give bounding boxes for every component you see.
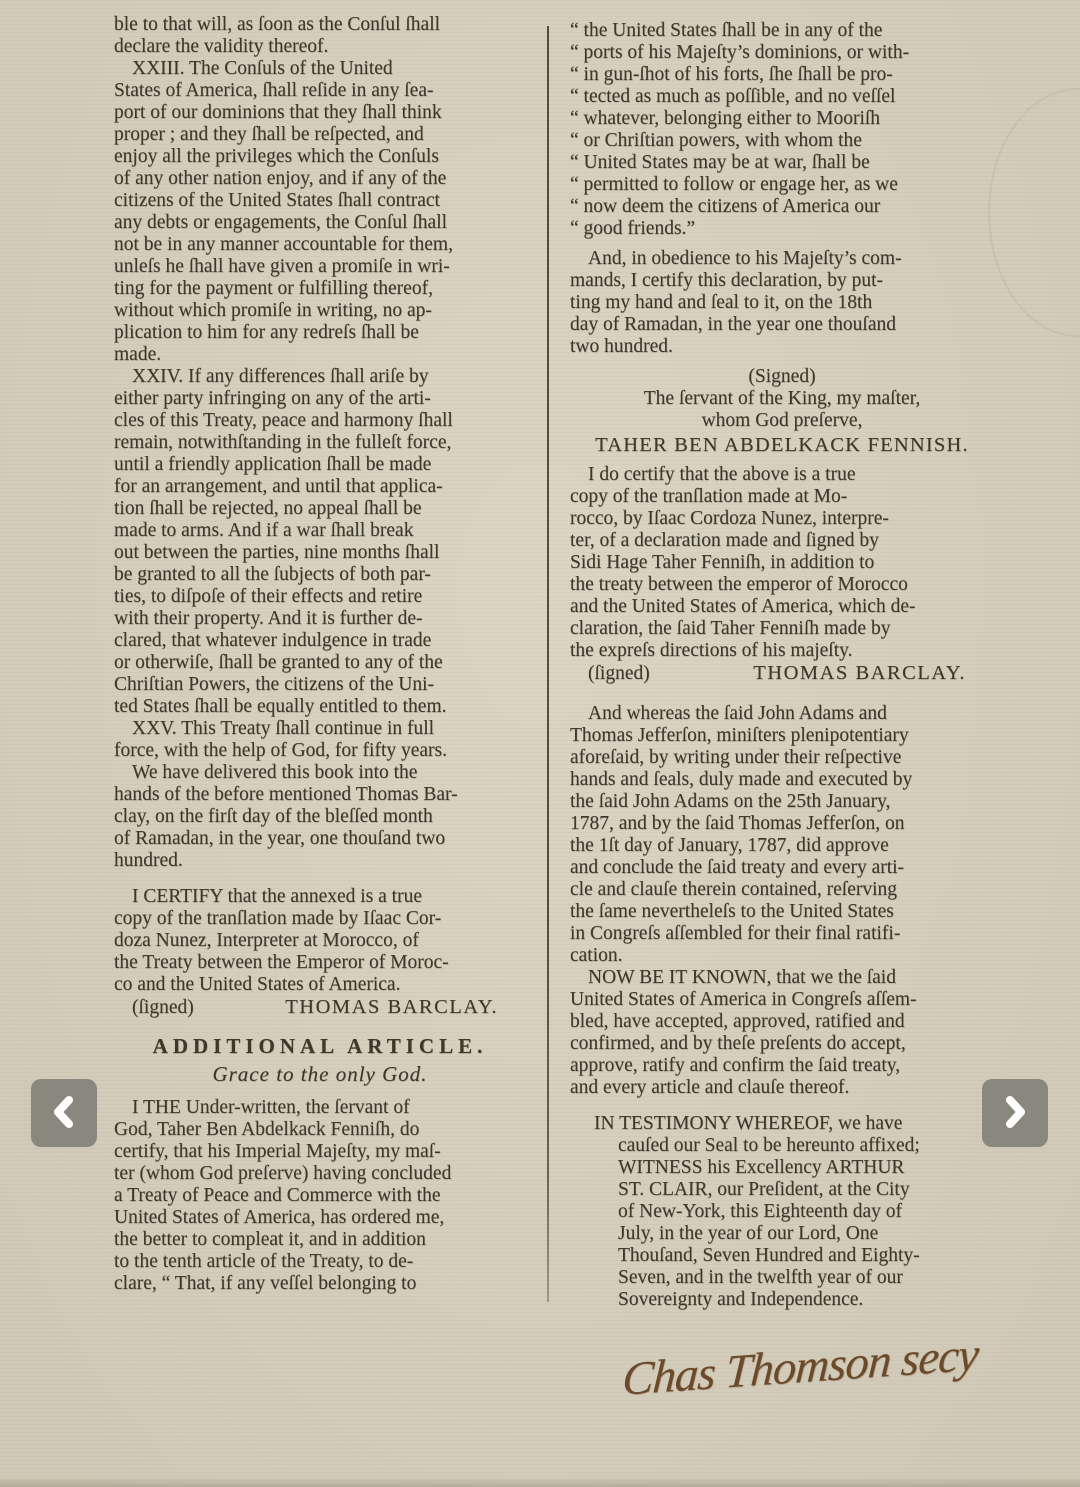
signed-center-line: The ſervant of the King, my maſter, bbox=[570, 388, 994, 410]
paragraph-delivered: We have delivered this book into the han… bbox=[114, 762, 526, 872]
quoted-clause-line: “ now deem the citizens of America our bbox=[570, 196, 994, 218]
signed-name: THOMAS BARCLAY. bbox=[753, 662, 966, 684]
article-xxv: XXV. This Treaty ſhall continue in full … bbox=[114, 718, 526, 762]
signed-center-line: whom God preſerve, bbox=[570, 410, 994, 432]
signed-name: THOMAS BARCLAY. bbox=[285, 996, 498, 1018]
article-xxiv: XXIV. If any differences ſhall ariſe by … bbox=[114, 366, 526, 718]
paragraph-continuation: ble to that will, as ſoon as the Conſul … bbox=[114, 14, 526, 58]
quoted-clause-line: “ or Chriſtian powers, with whom the bbox=[570, 130, 994, 152]
quoted-clause-line: “ ports of his Majeſty’s dominions, or w… bbox=[570, 42, 994, 64]
quoted-clause-line: “ the United States ſhall be in any of t… bbox=[570, 20, 994, 42]
signed-line: (ſigned) THOMAS BARCLAY. bbox=[570, 662, 994, 685]
signed-label: (ſigned) bbox=[132, 997, 194, 1019]
paragraph-now-be-it-known: NOW BE IT KNOWN, that we the ſaid United… bbox=[570, 967, 994, 1099]
paragraph-testimony: IN TESTIMONY WHEREOF, we have cauſed our… bbox=[570, 1113, 994, 1311]
quoted-clause-line: “ tected as much as poſſible, and no veſ… bbox=[570, 86, 994, 108]
document-page: { "nav": { "prev_icon": "chevron-left", … bbox=[0, 0, 1080, 1487]
thomson-signature: Chas Thomson secy bbox=[621, 1323, 1044, 1407]
quoted-clause-line: “ good friends.” bbox=[570, 218, 994, 240]
column-divider bbox=[547, 26, 549, 1302]
next-page-button[interactable] bbox=[982, 1079, 1048, 1147]
heading-grace: Grace to the only God. bbox=[114, 1063, 526, 1085]
right-column: “ the United States ſhall be in any of t… bbox=[570, 20, 994, 1311]
quoted-clause-line: “ whatever, belonging either to Mooriſh bbox=[570, 108, 994, 130]
quoted-clause-line: “ in gun-ſhot of his forts, ſhe ſhall be… bbox=[570, 64, 994, 86]
paper-watermark bbox=[988, 88, 1080, 337]
paragraph-obedience: And, in obedience to his Majeſty’s com- … bbox=[570, 248, 994, 358]
signed-label: (ſigned) bbox=[588, 663, 650, 685]
chevron-right-icon bbox=[1000, 1093, 1030, 1134]
paragraph-certify: I CERTIFY that the annexed is a true cop… bbox=[114, 886, 526, 996]
left-column: ble to that will, as ſoon as the Conſul … bbox=[114, 14, 526, 1295]
heading-additional-article: ADDITIONAL ARTICLE. bbox=[114, 1035, 526, 1057]
quoted-clause-line: “ permitted to follow or engage her, as … bbox=[570, 174, 994, 196]
quoted-clause-line: “ United States may be at war, ſhall be bbox=[570, 152, 994, 174]
chevron-left-icon bbox=[49, 1093, 79, 1134]
article-xxiii: XXIII. The Conſuls of the United States … bbox=[114, 58, 526, 366]
paragraph-do-certify: I do certify that the above is a true co… bbox=[570, 464, 994, 662]
signed-line: (ſigned) THOMAS BARCLAY. bbox=[114, 996, 526, 1019]
fennish-name: TAHER BEN ABDELKACK FENNISH. bbox=[570, 434, 994, 456]
prev-page-button[interactable] bbox=[31, 1079, 97, 1147]
paragraph-underwritten: I THE Under-written, the ſervant of God,… bbox=[114, 1097, 526, 1295]
paragraph-whereas: And whereas the ſaid John Adams and Thom… bbox=[570, 703, 994, 967]
signed-center-line: (Signed) bbox=[570, 366, 994, 388]
